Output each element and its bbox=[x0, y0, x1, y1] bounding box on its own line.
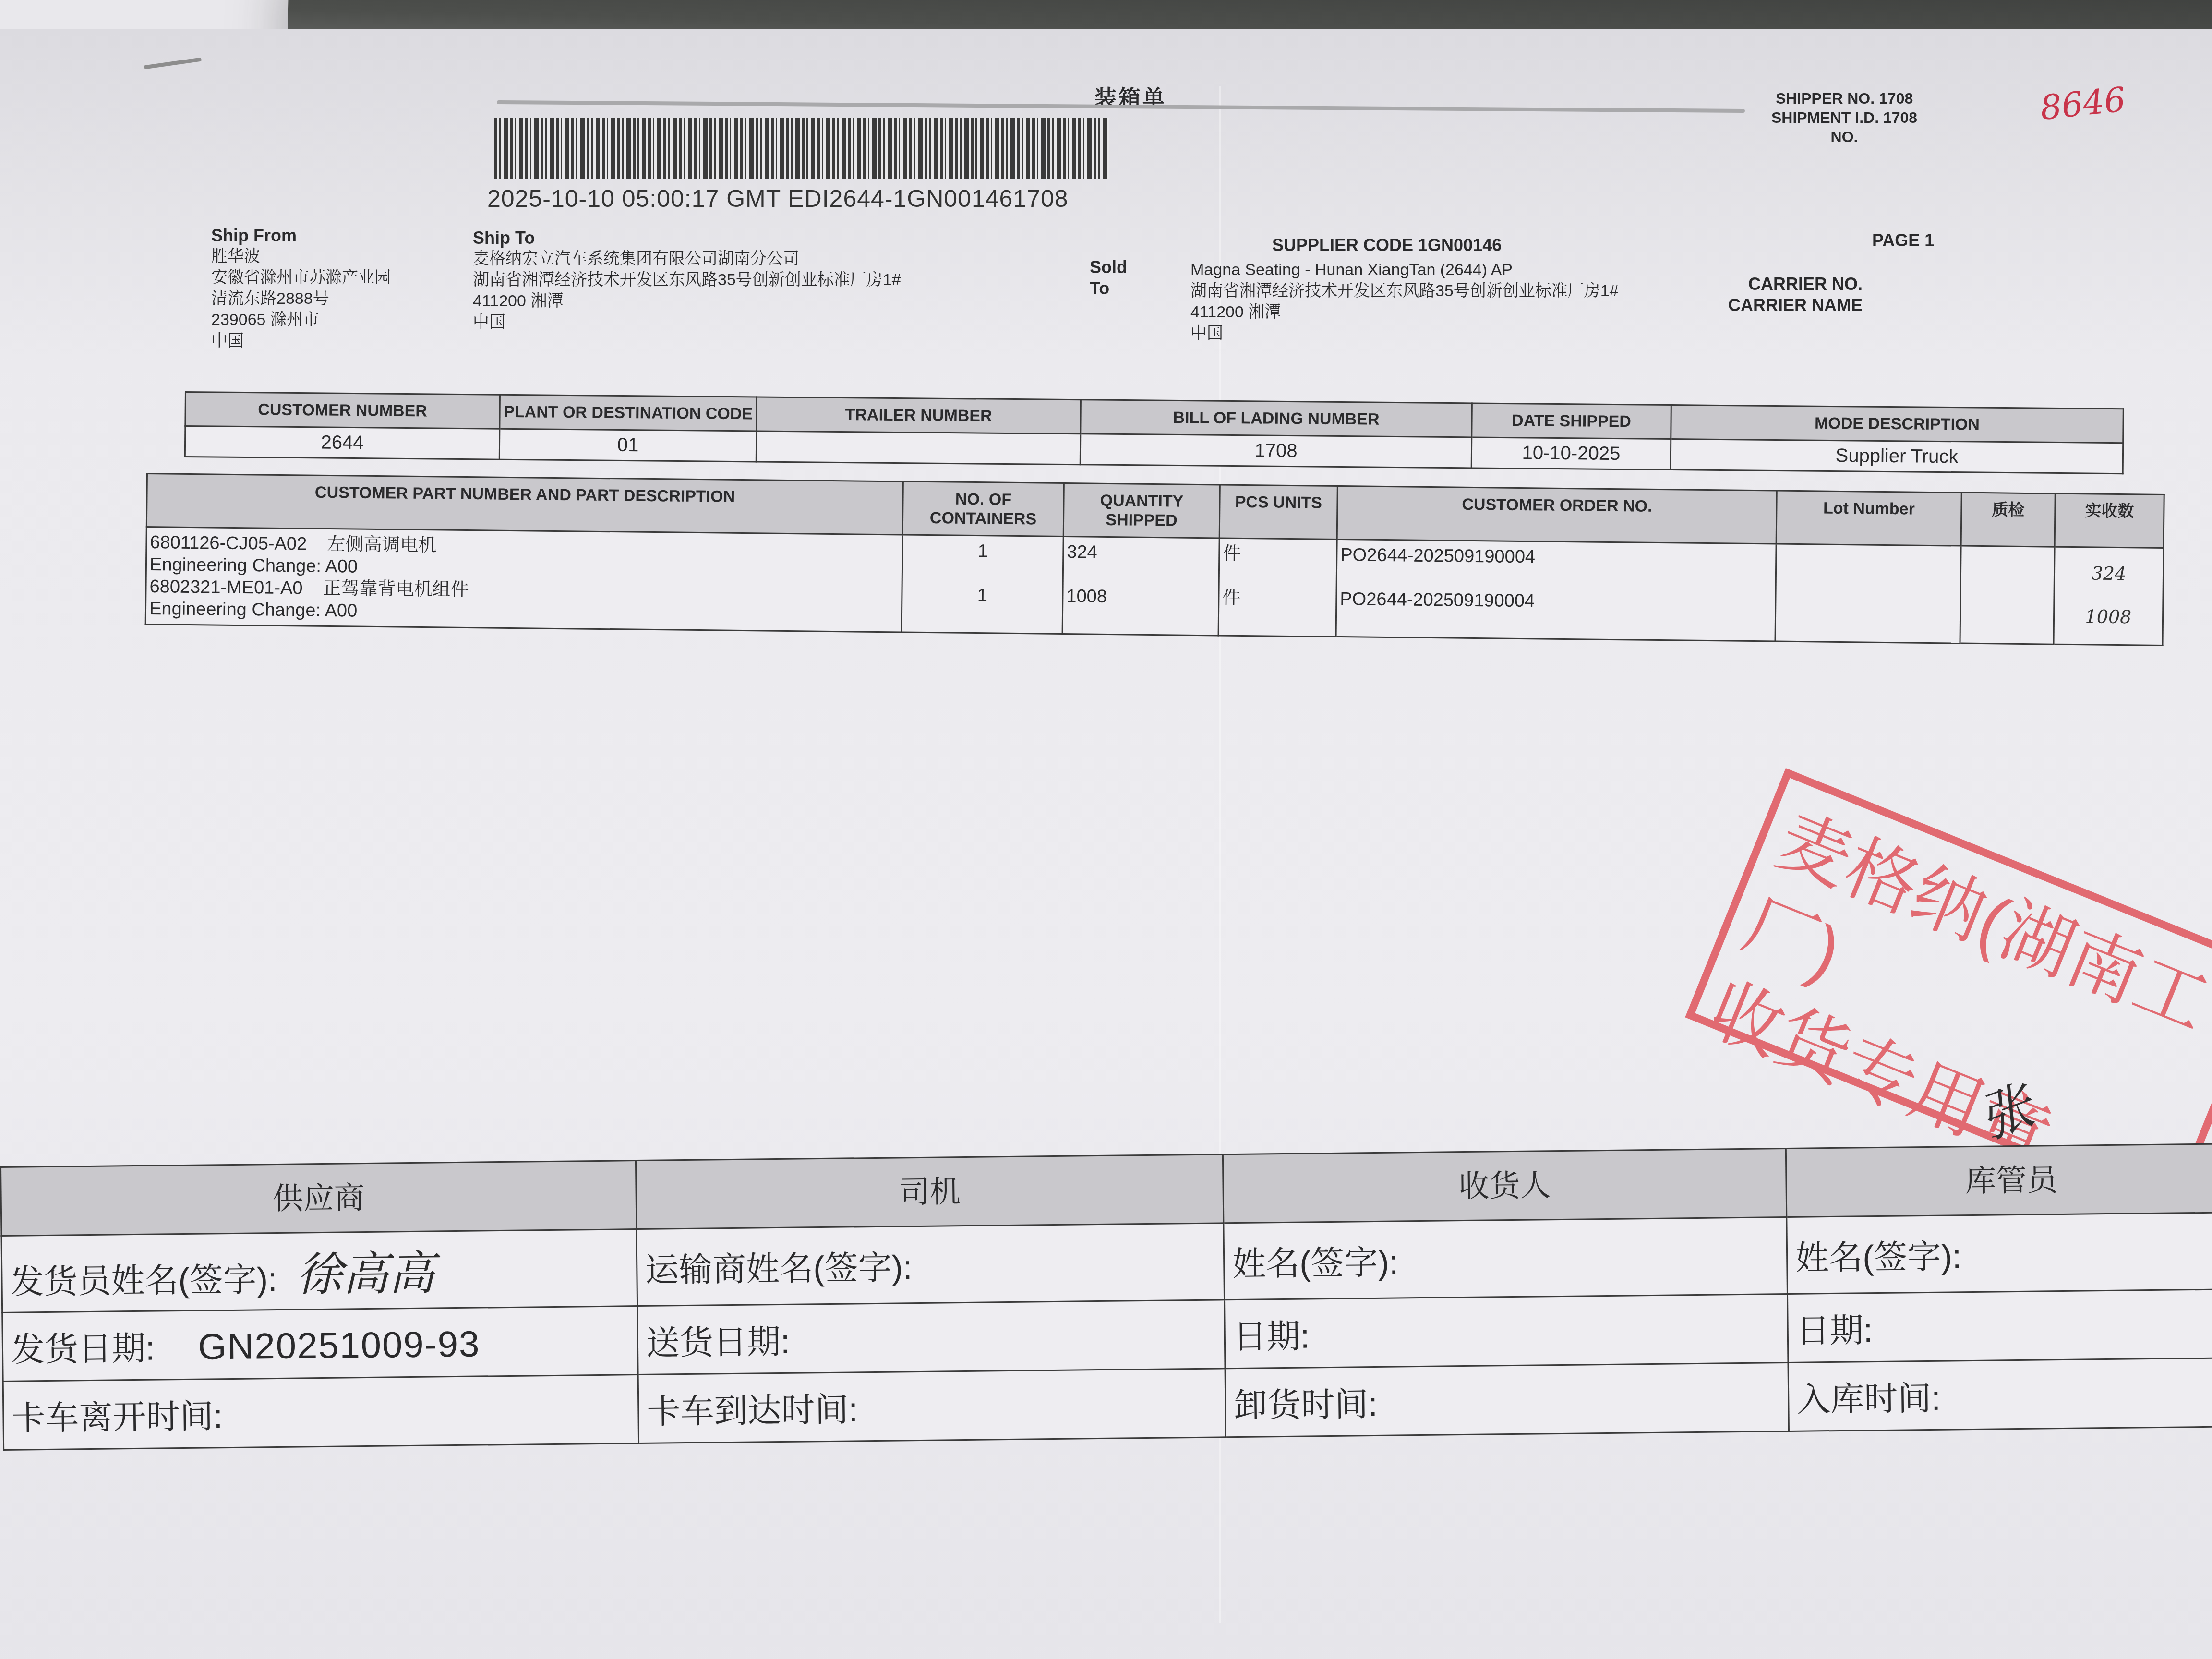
col-received: 实收数 bbox=[2055, 493, 2164, 548]
part-description: 左侧高调电机 bbox=[327, 534, 436, 555]
received-value: 1008 bbox=[2057, 595, 2160, 639]
ship-from-block: Ship From 胜华波 安徽省滁州市苏滁产业园 清流东路2888号 2390… bbox=[211, 226, 391, 351]
carrier-name-field: 运输商姓名(签字): bbox=[637, 1223, 1225, 1306]
ship-from-line: 胜华波 bbox=[211, 246, 391, 267]
quantity-value: 1008 bbox=[1066, 585, 1215, 609]
sold-to-line: Magna Seating - Hunan XiangTan (2644) AP bbox=[1190, 259, 1619, 280]
unit-value: 件 bbox=[1222, 587, 1333, 610]
engineering-change: Engineering Change: A00 bbox=[150, 554, 358, 577]
col-part-description: CUSTOMER PART NUMBER AND PART DESCRIPTIO… bbox=[146, 474, 903, 535]
ship-from-line: 清流东路2888号 bbox=[211, 288, 391, 309]
sold-label: Sold bbox=[1090, 257, 1127, 278]
bill-of-lading-value: 1708 bbox=[1080, 434, 1472, 468]
barcode bbox=[494, 118, 1109, 179]
shipment-id-no: NO. bbox=[1771, 127, 1917, 146]
col-date-shipped: DATE SHIPPED bbox=[1472, 403, 1671, 439]
plant-code-value: 01 bbox=[499, 429, 757, 462]
containers-value: 1 bbox=[905, 584, 1059, 607]
customer-number-value: 2644 bbox=[185, 426, 500, 460]
truck-arrival-field: 卡车到达时间: bbox=[638, 1369, 1226, 1443]
received-cell: 324 1008 bbox=[2054, 547, 2164, 645]
shipper-info: SHIPPER NO. 1708 SHIPMENT I.D. 1708 NO. bbox=[1771, 89, 1917, 146]
ship-from-line: 239065 滁州市 bbox=[211, 309, 391, 330]
engineering-change: Engineering Change: A00 bbox=[149, 599, 358, 621]
sold-to-block: Magna Seating - Hunan XiangTan (2644) AP… bbox=[1190, 259, 1619, 344]
part-number: 6802321-ME01-A0 bbox=[149, 577, 302, 598]
containers-cell: 1 1 bbox=[902, 535, 1063, 634]
ship-date-field: 发货日期:GN20251009-93 bbox=[2, 1306, 638, 1382]
ship-to-block: Ship To 麦格纳宏立汽车系统集团有限公司湖南分公司 湖南省湘潭经济技术开发… bbox=[473, 228, 901, 333]
unit-value: 件 bbox=[1223, 542, 1333, 565]
receiver-name-field: 姓名(签字): bbox=[1224, 1217, 1788, 1300]
order-no-value: PO2644-202509190004 bbox=[1340, 588, 1772, 614]
ship-to-line: 湖南省湘潭经济技术开发区东风路35号创新创业标准厂房1# bbox=[473, 269, 901, 290]
col-receiver: 收货人 bbox=[1223, 1149, 1786, 1223]
supplier-code: SUPPLIER CODE 1GN00146 bbox=[1272, 235, 1502, 255]
col-order-no: CUSTOMER ORDER NO. bbox=[1337, 486, 1777, 544]
shipper-signature: 徐高高 bbox=[296, 1247, 435, 1302]
col-customer-number: CUSTOMER NUMBER bbox=[185, 392, 500, 429]
to-label: To bbox=[1090, 278, 1127, 299]
part-cell: 6801126-CJ05-A02 左侧高调电机 Engineering Chan… bbox=[145, 527, 902, 632]
shipper-no: SHIPPER NO. 1708 bbox=[1771, 89, 1917, 108]
items-table: CUSTOMER PART NUMBER AND PART DESCRIPTIO… bbox=[145, 473, 2165, 646]
col-plant-code: PLANT OR DESTINATION CODE bbox=[500, 395, 757, 431]
ship-to-label: Ship To bbox=[473, 228, 901, 248]
field-label: 发货日期: bbox=[11, 1329, 155, 1368]
field-label: 发货员姓名(签字): bbox=[10, 1261, 277, 1301]
shipment-id: SHIPMENT I.D. 1708 bbox=[1771, 108, 1917, 127]
col-containers: NO. OF CONTAINERS bbox=[902, 481, 1064, 537]
sold-to-line: 411200 湘潭 bbox=[1190, 301, 1619, 323]
lot-cell bbox=[1775, 544, 1961, 643]
barcode-text: 2025-10-10 05:00:17 GMT EDI2644-1GN00146… bbox=[487, 185, 1069, 213]
qc-cell bbox=[1960, 546, 2055, 644]
date-shipped-value: 10-10-2025 bbox=[1471, 437, 1671, 470]
carrier-block: CARRIER NO. CARRIER NAME bbox=[1728, 274, 1863, 316]
shipper-name-field: 发货员姓名(签字):徐高高 bbox=[1, 1229, 637, 1313]
truck-departure-field: 卡车离开时间: bbox=[3, 1375, 638, 1450]
unloading-time-field: 卸货时间: bbox=[1225, 1363, 1789, 1437]
storage-time-field: 入库时间: bbox=[1788, 1358, 2212, 1431]
ship-to-line: 麦格纳宏立汽车系统集团有限公司湖南分公司 bbox=[473, 248, 901, 269]
sold-to-line: 中国 bbox=[1190, 323, 1619, 344]
part-description: 正驾靠背电机组件 bbox=[323, 578, 469, 600]
trailer-number-value bbox=[756, 431, 1081, 465]
table-row: 6801126-CJ05-A02 左侧高调电机 Engineering Chan… bbox=[145, 527, 2164, 646]
col-qc: 质检 bbox=[1961, 493, 2055, 547]
unit-cell: 件 件 bbox=[1218, 538, 1337, 637]
delivery-date-field: 送货日期: bbox=[637, 1300, 1225, 1375]
ship-from-line: 安徽省滁州市苏滁产业园 bbox=[211, 267, 391, 288]
containers-value: 1 bbox=[906, 540, 1059, 563]
ship-to-line: 中国 bbox=[473, 312, 901, 333]
sold-to-line: 湖南省湘潭经济技术开发区东风路35号创新创业标准厂房1# bbox=[1190, 280, 1619, 301]
col-driver: 司机 bbox=[636, 1154, 1223, 1229]
receiver-date-field: 日期: bbox=[1225, 1294, 1788, 1369]
ship-from-line: 中国 bbox=[211, 330, 391, 351]
col-warehouse-keeper: 库管员 bbox=[1786, 1144, 2212, 1217]
col-bill-of-lading: BILL OF LADING NUMBER bbox=[1081, 400, 1472, 437]
col-pcs-units: PCS UNITS bbox=[1219, 485, 1337, 540]
ship-date-value: GN20251009-93 bbox=[198, 1323, 481, 1367]
received-value: 324 bbox=[2058, 552, 2160, 596]
col-quantity: QUANTITY SHIPPED bbox=[1063, 483, 1220, 538]
sold-to-label: Sold To bbox=[1090, 257, 1127, 299]
ship-from-label: Ship From bbox=[211, 226, 391, 246]
carrier-name-label: CARRIER NAME bbox=[1728, 295, 1863, 316]
col-supplier: 供应商 bbox=[1, 1161, 637, 1236]
order-cell: PO2644-202509190004 PO2644-202509190004 bbox=[1336, 539, 1776, 641]
carrier-no-label: CARRIER NO. bbox=[1728, 274, 1863, 295]
keeper-name-field: 姓名(签字): bbox=[1787, 1213, 2212, 1294]
col-lot-number: Lot Number bbox=[1776, 491, 1961, 546]
col-mode-description: MODE DESCRIPTION bbox=[1671, 405, 2124, 443]
quantity-cell: 324 1008 bbox=[1062, 537, 1219, 636]
ship-to-line: 411200 湘潭 bbox=[473, 290, 901, 312]
keeper-date-field: 日期: bbox=[1787, 1289, 2212, 1363]
signature-table: 供应商 司机 收货人 库管员 发货员姓名(签字):徐高高 运输商姓名(签字): … bbox=[0, 1143, 2212, 1451]
page-number: PAGE 1 bbox=[1872, 230, 1934, 251]
mode-description-value: Supplier Truck bbox=[1671, 439, 2123, 474]
quantity-value: 324 bbox=[1067, 541, 1215, 565]
col-trailer-number: TRAILER NUMBER bbox=[757, 397, 1081, 434]
part-number: 6801126-CJ05-A02 bbox=[150, 532, 307, 554]
order-no-value: PO2644-202509190004 bbox=[1340, 544, 1772, 570]
